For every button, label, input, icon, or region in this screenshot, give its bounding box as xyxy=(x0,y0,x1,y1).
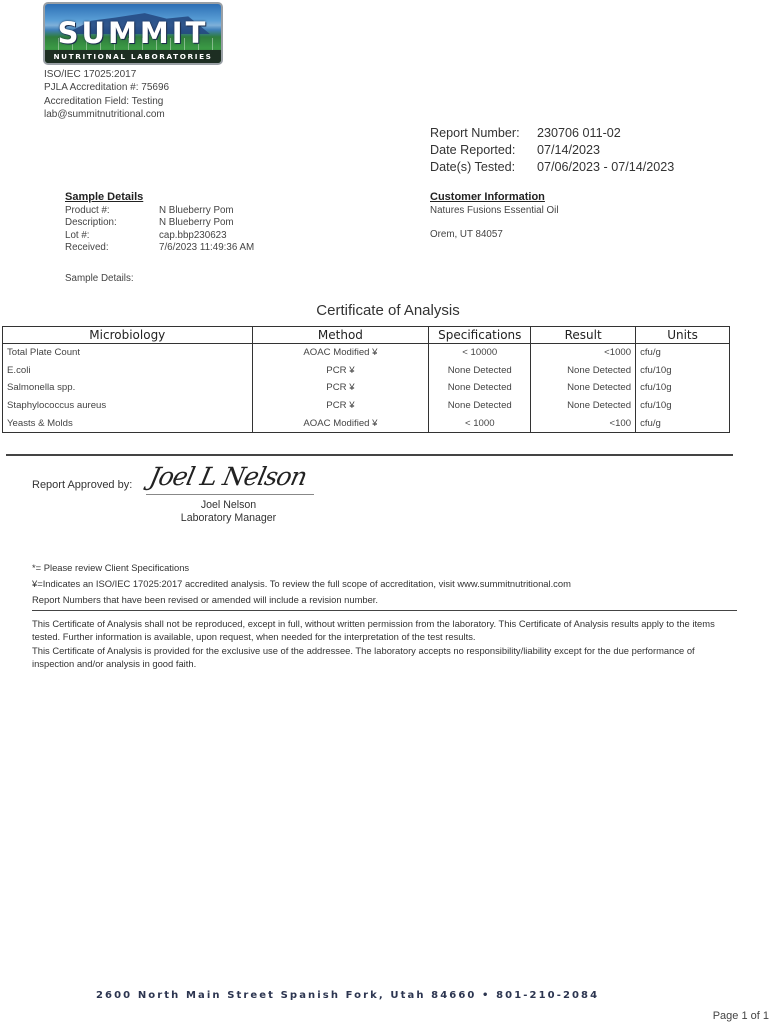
note-client-specifications: *= Please review Client Specifications xyxy=(32,560,571,576)
test-name: E.coli xyxy=(3,362,253,380)
signature-line xyxy=(146,494,314,495)
report-number-value: 230706 011-02 xyxy=(537,125,621,142)
test-units: cfu/g xyxy=(636,414,730,432)
test-result: <1000 xyxy=(531,344,636,362)
certificate-title: Certificate of Analysis xyxy=(0,302,769,319)
received-value: 7/6/2023 11:49:36 AM xyxy=(159,242,254,254)
disclaimer-liability: This Certificate of Analysis is provided… xyxy=(32,644,732,671)
product-row: Product #: N Blueberry Pom xyxy=(65,205,254,217)
description-label: Description: xyxy=(65,217,159,229)
date-reported-value: 07/14/2023 xyxy=(537,142,600,159)
test-units: cfu/g xyxy=(636,344,730,362)
customer-name: Natures Fusions Essential Oil xyxy=(430,205,559,217)
page-number: Page 1 of 1 xyxy=(713,1010,769,1022)
disclaimer-reproduction: This Certificate of Analysis shall not b… xyxy=(32,617,732,644)
test-method: PCR ¥ xyxy=(252,379,429,397)
sample-details-extra-label: Sample Details: xyxy=(65,273,134,284)
dates-tested-row: Date(s) Tested: 07/06/2023 - 07/14/2023 xyxy=(430,159,674,176)
customer-city: Orem, UT 84057 xyxy=(430,229,559,241)
test-units: cfu/10g xyxy=(636,397,730,415)
dates-tested-label: Date(s) Tested: xyxy=(430,159,537,176)
lab-email: lab@summitnutritional.com xyxy=(44,108,169,121)
test-result: None Detected xyxy=(531,362,636,380)
received-row: Received: 7/6/2023 11:49:36 AM xyxy=(65,242,254,254)
customer-information-title: Customer Information xyxy=(430,191,559,203)
sample-details: Sample Details Product #: N Blueberry Po… xyxy=(65,191,254,254)
approved-by-label: Report Approved by: xyxy=(32,479,132,491)
header-result: Result xyxy=(531,327,636,344)
test-method: AOAC Modified ¥ xyxy=(252,414,429,432)
test-specification: < 10000 xyxy=(429,344,531,362)
accreditation-number: PJLA Accreditation #: 75696 xyxy=(44,81,169,94)
lot-value: cap.bbp230623 xyxy=(159,230,227,242)
test-specification: < 1000 xyxy=(429,414,531,432)
date-reported-row: Date Reported: 07/14/2023 xyxy=(430,142,674,159)
report-number-row: Report Number: 230706 011-02 xyxy=(430,125,674,142)
table-row: E.coliPCR ¥None DetectedNone Detectedcfu… xyxy=(3,362,730,380)
description-row: Description: N Blueberry Pom xyxy=(65,217,254,229)
signer-title: Laboratory Manager xyxy=(146,512,311,525)
disclaimer: This Certificate of Analysis shall not b… xyxy=(32,617,732,671)
test-result: None Detected xyxy=(531,397,636,415)
date-reported-label: Date Reported: xyxy=(430,142,537,159)
lot-label: Lot #: xyxy=(65,230,159,242)
results-header-row: Microbiology Method Specifications Resul… xyxy=(3,327,730,344)
note-accreditation: ¥=Indicates an ISO/IEC 17025:2017 accred… xyxy=(32,576,571,592)
header-specifications: Specifications xyxy=(429,327,531,344)
test-result: None Detected xyxy=(531,379,636,397)
product-label: Product #: xyxy=(65,205,159,217)
divider xyxy=(32,610,737,611)
dates-tested-value: 07/06/2023 - 07/14/2023 xyxy=(537,159,674,176)
accreditation-field: Accreditation Field: Testing xyxy=(44,95,169,108)
description-value: N Blueberry Pom xyxy=(159,217,234,229)
logo-tagline: NUTRITIONAL LABORATORIES xyxy=(45,50,221,63)
test-name: Staphylococcus aureus xyxy=(3,397,253,415)
test-method: AOAC Modified ¥ xyxy=(252,344,429,362)
test-name: Yeasts & Molds xyxy=(3,414,253,432)
test-method: PCR ¥ xyxy=(252,362,429,380)
results-table: Microbiology Method Specifications Resul… xyxy=(2,326,730,433)
signer: Joel Nelson Laboratory Manager xyxy=(146,499,311,525)
sample-details-title: Sample Details xyxy=(65,191,254,203)
test-method: PCR ¥ xyxy=(252,397,429,415)
company-logo: SUMMIT NUTRITIONAL LABORATORIES xyxy=(43,2,223,65)
test-name: Salmonella spp. xyxy=(3,379,253,397)
product-value: N Blueberry Pom xyxy=(159,205,234,217)
test-units: cfu/10g xyxy=(636,379,730,397)
test-specification: None Detected xyxy=(429,362,531,380)
test-result: <100 xyxy=(531,414,636,432)
table-row: Total Plate CountAOAC Modified ¥< 10000<… xyxy=(3,344,730,362)
divider xyxy=(6,454,733,456)
table-row: Staphylococcus aureusPCR ¥None DetectedN… xyxy=(3,397,730,415)
signature-image: Joel L Nelson xyxy=(147,462,309,491)
received-label: Received: xyxy=(65,242,159,254)
header-units: Units xyxy=(636,327,730,344)
footer-address: 2600 North Main Street Spanish Fork, Uta… xyxy=(96,990,599,1001)
table-row: Salmonella spp.PCR ¥None DetectedNone De… xyxy=(3,379,730,397)
test-name: Total Plate Count xyxy=(3,344,253,362)
note-revisions: Report Numbers that have been revised or… xyxy=(32,592,571,608)
notes: *= Please review Client Specifications ¥… xyxy=(32,560,571,608)
signer-name: Joel Nelson xyxy=(146,499,311,512)
table-row: Yeasts & MoldsAOAC Modified ¥< 1000<100c… xyxy=(3,414,730,432)
customer-information: Customer Information Natures Fusions Ess… xyxy=(430,191,559,242)
lot-row: Lot #: cap.bbp230623 xyxy=(65,230,254,242)
test-specification: None Detected xyxy=(429,379,531,397)
header-microbiology: Microbiology xyxy=(3,327,253,344)
lab-info: ISO/IEC 17025:2017 PJLA Accreditation #:… xyxy=(44,68,169,121)
report-meta: Report Number: 230706 011-02 Date Report… xyxy=(430,125,674,175)
report-number-label: Report Number: xyxy=(430,125,537,142)
header-method: Method xyxy=(252,327,429,344)
test-specification: None Detected xyxy=(429,397,531,415)
logo-wordmark: SUMMIT xyxy=(45,16,221,50)
accreditation-standard: ISO/IEC 17025:2017 xyxy=(44,68,169,81)
test-units: cfu/10g xyxy=(636,362,730,380)
